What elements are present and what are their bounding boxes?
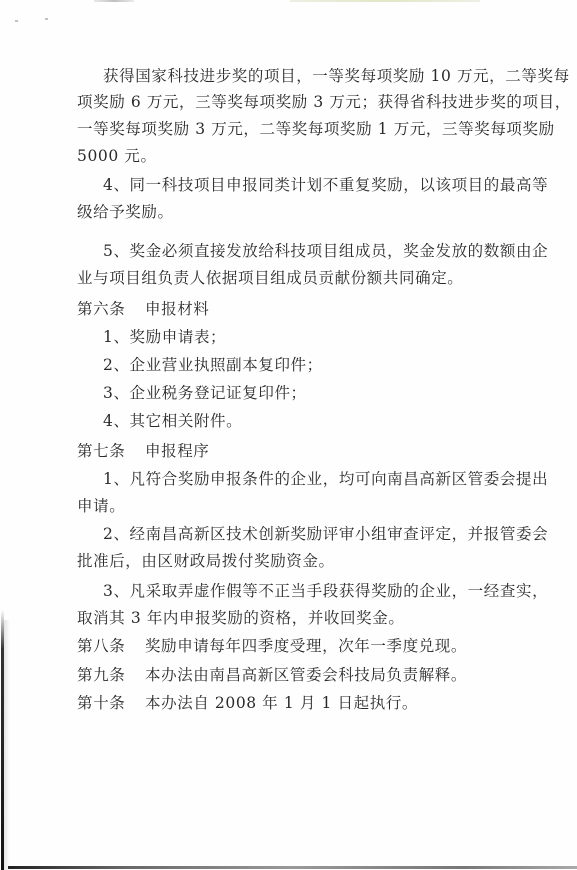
article-text: 本办法由南昌高新区管委会科技局负责解释。 bbox=[145, 666, 467, 684]
article-title: 申报程序 bbox=[145, 442, 209, 460]
list-item: 3、企业税务登记证复印件； bbox=[103, 384, 523, 402]
scan-edge-bottom bbox=[8, 866, 577, 869]
paragraph-line: 4、同一科技项目申报同类计划不重复奖励，以该项目的最高等 bbox=[103, 176, 523, 194]
article-6-heading: 第六条申报材料 bbox=[77, 300, 497, 318]
list-item: 1、凡符合奖励申报条件的企业，均可向南昌高新区管委会提出 bbox=[103, 470, 523, 488]
article-text: 本办法自 2008 年 1 月 1 日起执行。 bbox=[145, 694, 418, 712]
list-item: 1、奖励申请表； bbox=[103, 328, 523, 346]
article-label: 第七条 bbox=[77, 442, 131, 460]
article-text: 奖励申请每年四季度受理，次年一季度兑现。 bbox=[145, 637, 467, 655]
scanned-document-page: 获得国家科技进步奖的项目，一等奖每项奖励 10 万元，二等奖每 项奖励 6 万元… bbox=[0, 0, 577, 870]
article-label: 第十条 bbox=[77, 694, 131, 712]
scan-shadow-left bbox=[4, 620, 10, 870]
list-item-continuation: 取消其 3 年内申报奖励的资格，并收回奖金。 bbox=[77, 609, 497, 627]
list-item: 4、其它相关附件。 bbox=[103, 412, 523, 430]
paragraph-line: 级给予奖励。 bbox=[77, 203, 497, 221]
paragraph-line: 业与项目组负责人依据项目组成员贡献份额共同确定。 bbox=[77, 269, 497, 287]
scan-artifact bbox=[94, 0, 134, 2]
paragraph-line: 获得国家科技进步奖的项目，一等奖每项奖励 10 万元，二等奖每 bbox=[103, 67, 523, 85]
list-item: 3、凡采取弄虚作假等不正当手段获得奖励的企业，一经查实， bbox=[103, 582, 523, 600]
article-10: 第十条本办法自 2008 年 1 月 1 日起执行。 bbox=[77, 694, 497, 712]
article-label: 第九条 bbox=[77, 666, 131, 684]
article-title: 申报材料 bbox=[145, 300, 209, 318]
paragraph-line: 5000 元。 bbox=[77, 147, 497, 165]
paragraph-line: 一等奖每项奖励 3 万元，二等奖每项奖励 1 万元，三等奖每项奖励 bbox=[77, 120, 497, 138]
article-9: 第九条本办法由南昌高新区管委会科技局负责解释。 bbox=[77, 666, 497, 684]
list-item: 2、企业营业执照副本复印件； bbox=[103, 356, 523, 374]
list-item-continuation: 申请。 bbox=[77, 497, 497, 515]
list-item-continuation: 批准后，由区财政局拨付奖励资金。 bbox=[77, 552, 497, 570]
scan-artifact bbox=[290, 0, 480, 2]
article-label: 第八条 bbox=[77, 637, 131, 655]
scan-speck bbox=[15, 20, 18, 22]
article-7-heading: 第七条申报程序 bbox=[77, 442, 497, 460]
list-item: 2、经南昌高新区技术创新奖励评审小组审查评定，并报管委会 bbox=[103, 525, 523, 543]
paragraph-line: 5、奖金必须直接发放给科技项目组成员，奖金发放的数额由企 bbox=[103, 242, 523, 260]
paragraph-line: 项奖励 6 万元，三等奖每项奖励 3 万元；获得省科技进步奖的项目， bbox=[77, 93, 497, 111]
article-label: 第六条 bbox=[77, 300, 131, 318]
scan-speck bbox=[45, 18, 48, 20]
article-8: 第八条奖励申请每年四季度受理，次年一季度兑现。 bbox=[77, 637, 497, 655]
